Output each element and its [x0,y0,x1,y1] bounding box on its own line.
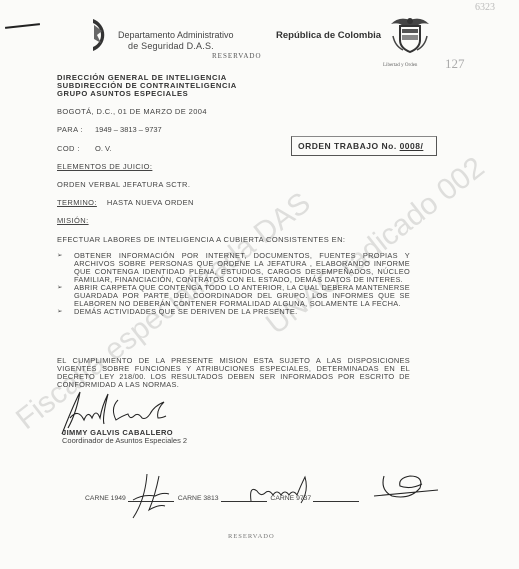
classification-top: RESERVADO [212,52,262,60]
department-name-line2: de Seguridad D.A.S. [128,41,214,51]
pen-stroke-mark [5,23,40,29]
mision-label: MISIÓN: [57,216,89,225]
place-date: BOGOTÁ, D.C., 01 DE MARZO DE 2004 [57,107,207,116]
para-label: PARA : [57,125,83,134]
termino-row: TERMINO:HASTA NUEVA ORDEN [57,198,194,207]
org-group: GRUPO ASUNTOS ESPECIALES [57,89,188,98]
termino-label: TERMINO: [57,198,97,207]
country-name: República de Colombia [276,30,381,41]
termino-value: HASTA NUEVA ORDEN [107,198,194,207]
das-logo-icon [90,17,112,53]
cod-value: O. V. [95,144,111,153]
task-list: OBTENER INFORMACIÓN POR INTERNET, DOCUME… [57,252,410,316]
department-name-line1: Departamento Administrativo [118,30,234,40]
elementos-value: ORDEN VERBAL JEFATURA SCTR. [57,180,190,189]
recipient-signature-3 [370,470,440,505]
task-item: OBTENER INFORMACIÓN POR INTERNET, DOCUME… [57,252,410,284]
coat-of-arms-icon [387,14,433,56]
task-item: DEMÁS ACTIVIDADES QUE SE DERIVEN DE LA P… [57,308,410,316]
order-label: ORDEN TRABAJO No. [298,141,397,151]
task-item: ABRIR CARPETA QUE CONTENGA TODO LO ANTER… [57,284,410,308]
folio-number-stamp: 6323 [475,2,495,13]
order-number: ORDEN TRABAJO No. 0008/ [298,141,423,151]
recipient-signature-2 [245,475,315,505]
classification-bottom: RESERVADO [228,533,275,540]
para-value: 1949 – 3813 – 9737 [95,125,162,134]
signer-role: Coordinador de Asuntos Especiales 2 [62,436,187,445]
cod-label: COD : [57,144,80,153]
order-value: 0008/ [400,141,424,151]
conclusion-paragraph: EL CUMPLIMIENTO DE LA PRESENTE MISION ES… [57,357,410,389]
motto: Libertad y Orden [383,63,417,68]
recipient-carne-2: CARNE 3813 [178,495,219,502]
elementos-label: ELEMENTOS DE JUICIO: [57,162,152,171]
folio-number-handwritten: 127 [445,56,465,72]
mision-intro: EFECTUAR LABORES DE INTELIGENCIA A CUBIE… [57,235,345,244]
recipient-carne-1: CARNE 1949 [85,495,126,502]
signature-line [313,491,359,502]
recipient-signature-1 [125,470,180,520]
